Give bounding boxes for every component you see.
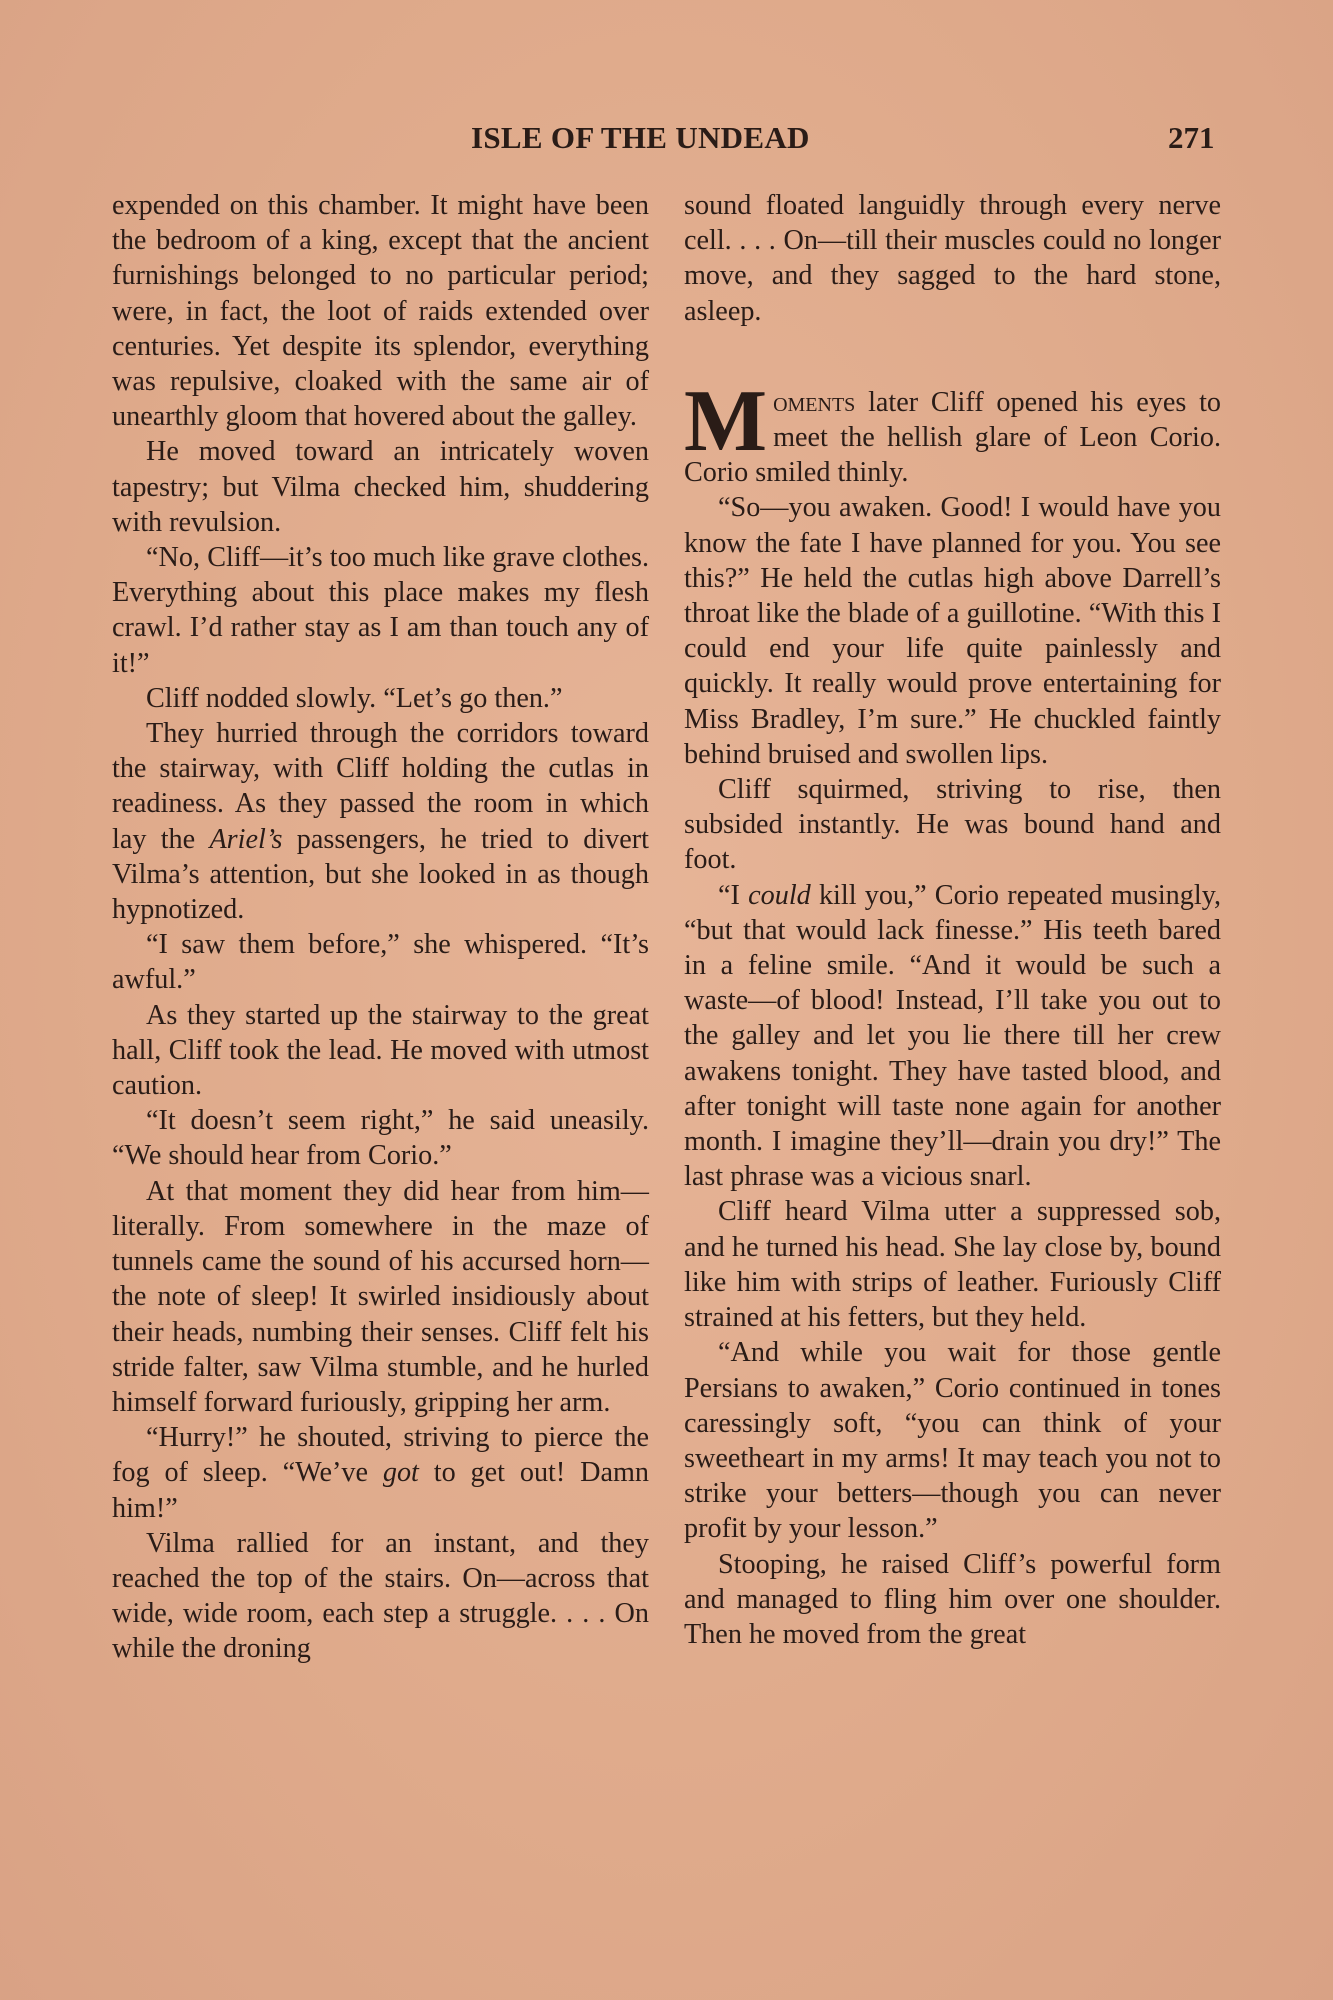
paragraph: sound floated languidly through every ne… bbox=[684, 188, 1221, 329]
paragraph: Stooping, he raised Cliff’s powerful for… bbox=[684, 1547, 1221, 1653]
paragraph: “So—you awaken. Good! I would have you k… bbox=[684, 490, 1221, 772]
left-column: expended on this chamber. It might have … bbox=[112, 188, 649, 1667]
paragraph: Cliff heard Vilma utter a suppressed sob… bbox=[684, 1194, 1221, 1335]
paragraph: Cliff squirmed, striving to rise, then s… bbox=[684, 772, 1221, 878]
smallcaps-word: oments bbox=[773, 387, 855, 418]
dropcap-letter: M bbox=[684, 389, 767, 455]
paragraph: He moved toward an intricately woven tap… bbox=[112, 434, 649, 540]
paragraph: “I could kill you,” Corio repeated musin… bbox=[684, 878, 1221, 1195]
paragraph-text: kill you,” Corio repeated musingly, “but… bbox=[684, 880, 1221, 1193]
paragraph: expended on this chamber. It might have … bbox=[112, 188, 649, 434]
paragraph: Vilma rallied for an instant, and they r… bbox=[112, 1526, 649, 1667]
running-title: ISLE OF THE UNDEAD bbox=[471, 120, 810, 156]
paragraph: “It doesn’t seem right,” he said uneasil… bbox=[112, 1103, 649, 1173]
running-header: ISLE OF THE UNDEAD 271 bbox=[0, 118, 1333, 158]
paragraph: “No, Cliff—it’s too much like grave clot… bbox=[112, 540, 649, 681]
paragraph: As they started up the stairway to the g… bbox=[112, 998, 649, 1104]
ship-name-italic: Ariel’s bbox=[209, 824, 282, 855]
emphasis-italic: could bbox=[748, 880, 811, 911]
paragraph: “And while you wait for those gentle Per… bbox=[684, 1335, 1221, 1546]
paragraph: “I saw them before,” she whispered. “It’… bbox=[112, 927, 649, 997]
paragraph: At that moment they did hear from him—li… bbox=[112, 1174, 649, 1420]
emphasis-italic: got bbox=[383, 1457, 419, 1488]
right-column: sound floated languidly through every ne… bbox=[684, 188, 1221, 1652]
paragraph-text: “I bbox=[718, 880, 740, 911]
dropcap-paragraph: Moments later Cliff opened his eyes to m… bbox=[684, 385, 1221, 491]
paragraph: Cliff nodded slowly. “Let’s go then.” bbox=[112, 681, 649, 716]
paragraph: “Hurry!” he shouted, striving to pierce … bbox=[112, 1420, 649, 1526]
paragraph: They hurried through the corridors towar… bbox=[112, 716, 649, 927]
page-number: 271 bbox=[1168, 120, 1215, 156]
